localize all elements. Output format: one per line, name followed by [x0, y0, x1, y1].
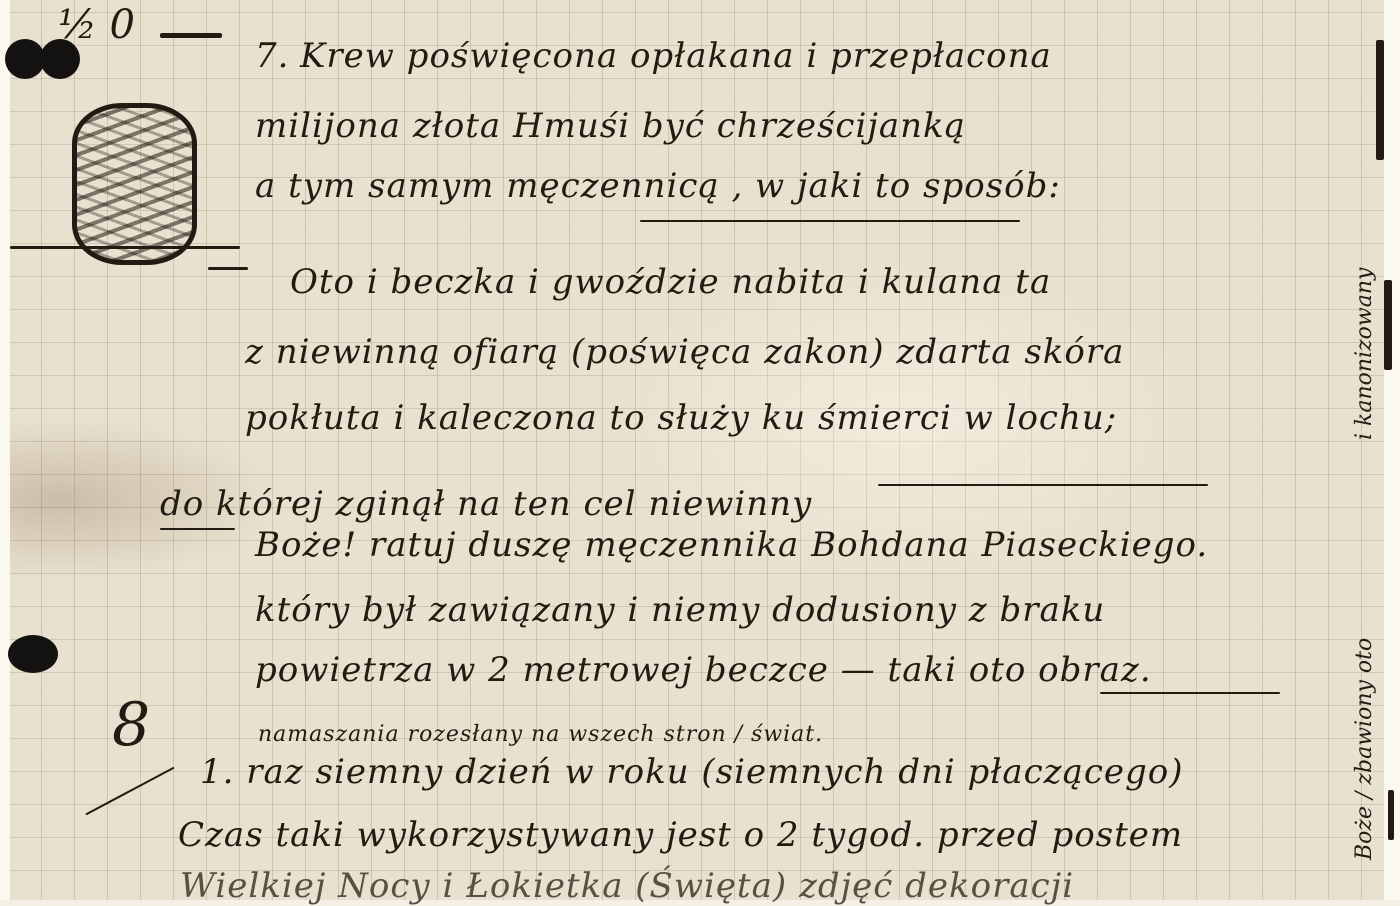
manuscript-page: ½ 0 7. Krew poświęcona opłakana i przepł…: [0, 0, 1400, 900]
insert-overline: [878, 484, 1208, 486]
text-line: który był zawiązany i niemy dodusiony z …: [255, 590, 1105, 630]
binder-hole: [8, 635, 58, 673]
scan-right-border: [1384, 0, 1400, 900]
text-line: Wielkiej Nocy i Łokietka (Święta) zdjęć …: [180, 866, 1074, 900]
scan-left-border: [0, 0, 10, 900]
margin-stroke: [85, 767, 174, 816]
text-line: Czas taki wykorzystywany jest o 2 tygod.…: [178, 815, 1183, 855]
text-line: pokłuta i kaleczona to służy ku śmierci …: [245, 398, 1117, 438]
right-margin-note: Boże / zbawiony oto: [1352, 638, 1377, 860]
text-line: milijona złota Hmuśi być chrześcijanką: [255, 106, 966, 146]
section-number-7: 7.: [255, 36, 289, 76]
barrel-sketch-icon: [72, 103, 197, 265]
section-number-8: 8: [112, 690, 150, 760]
text-line: Oto i beczka i gwoździe nabita i kulana …: [290, 262, 1051, 302]
text-line: do której zginął na ten cel niewinny: [160, 484, 812, 524]
underline-rule: [640, 220, 1020, 222]
text-line: z niewinną ofiarą (poświęca zakon) zdart…: [245, 332, 1124, 372]
text-line: Boże! ratuj duszę męczennika Bohdana Pia…: [255, 525, 1208, 565]
margin-bar: [1388, 790, 1394, 840]
margin-dash: [160, 33, 222, 38]
text-line: Krew poświęcona opłakana i przepłacona: [300, 36, 1052, 76]
right-margin-note: i kanonizowany: [1352, 268, 1377, 440]
text-line: 1. raz siemny dzień w roku (siemnych dni…: [200, 752, 1184, 792]
text-line: namaszania rozesłany na wszech stron / ś…: [258, 722, 823, 747]
text-line: a tym samym męczennicą , w jaki to sposó…: [255, 166, 1061, 206]
underline-rule: [1100, 692, 1280, 694]
binder-hole: [5, 39, 45, 79]
text-line: powietrza w 2 metrowej beczce — taki oto…: [255, 650, 1152, 690]
sketch-dash: [208, 267, 248, 270]
margin-bar: [1376, 40, 1384, 160]
sketch-baseline: [10, 246, 240, 249]
margin-bar: [1384, 280, 1392, 370]
underline-rule: [160, 528, 235, 530]
margin-mark-top-left: ½ 0: [58, 2, 135, 48]
